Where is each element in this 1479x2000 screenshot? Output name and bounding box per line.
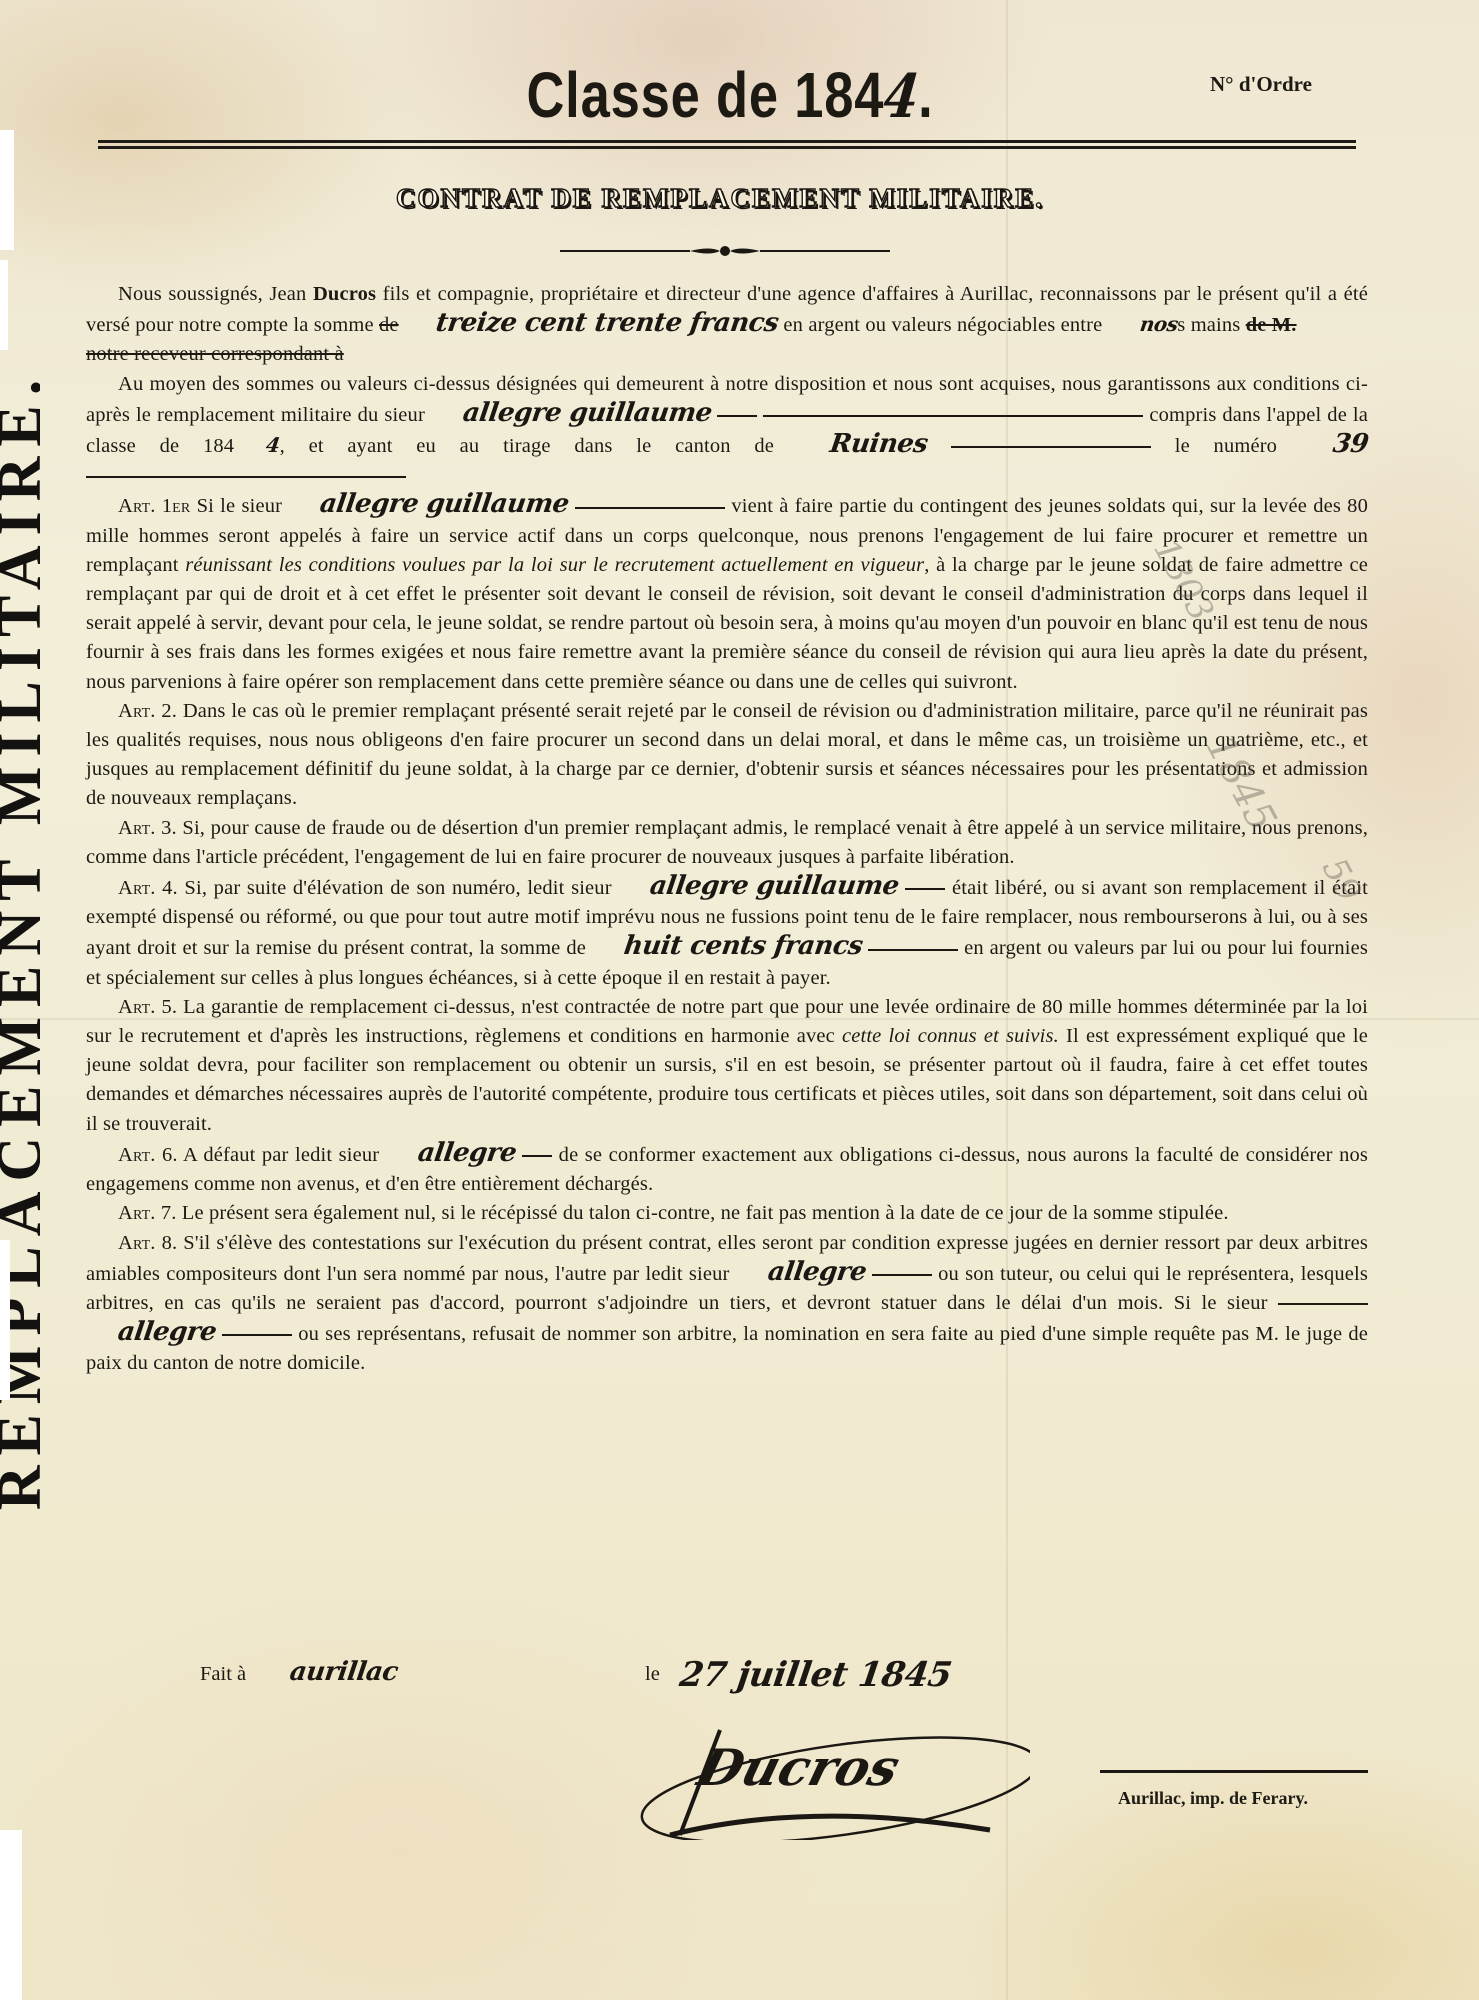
document-subtitle: CONTRAT DE REMPLACEMENT MILITAIRE. [330, 183, 1110, 214]
fill-dash [575, 507, 725, 509]
side-banner-text: REMPLACEMENT MILITAIRE. [0, 115, 40, 1765]
article-label: Art. 6. [118, 1144, 178, 1166]
ornament-divider [560, 244, 890, 258]
article-4: Art. 4. Si, par suite d'élévation de son… [86, 872, 1368, 993]
printer-imprint: Aurillac, imp. de Ferary. [1118, 1788, 1308, 1809]
fait-a-label: Fait à [200, 1663, 246, 1686]
article-3: Art. 3. Si, pour cause de fraude ou de d… [86, 814, 1368, 872]
handwritten-conscript-name: allegre [84, 1318, 218, 1347]
intro-text: Nous soussignés, Jean [118, 283, 313, 305]
handwritten-conscript-name: allegre [384, 1139, 518, 1168]
article-8: Art. 8. S'il s'élève des contestations s… [86, 1229, 1368, 1379]
article-label: Art. 4. [118, 877, 178, 899]
fill-dash [1278, 1303, 1368, 1305]
article-text: A défaut par ledit sieur [178, 1144, 386, 1166]
article-text: Si le sieur [190, 495, 288, 517]
fill-dash [522, 1155, 552, 1157]
guarantee-text: le numéro [1151, 435, 1301, 457]
agent-name: Ducros [313, 283, 376, 305]
article-text: Si, par suite d'élévation de son numéro,… [178, 877, 618, 899]
signing-place-date: Fait à aurillac le 27 juillet 1845 [190, 1655, 1190, 1715]
article-label: Art. 5. [118, 996, 177, 1018]
handwritten-canton: Ruines [796, 430, 930, 459]
article-italic: réunissant les conditions voulues par la… [185, 554, 924, 576]
fill-dash [951, 446, 1151, 448]
handwritten-refund-sum: huit cents francs [590, 932, 864, 961]
handwritten-draw-number: 39 [1299, 430, 1370, 459]
page-title: Classe de 1844. [517, 58, 943, 132]
order-number-label: N° d'Ordre [1210, 72, 1312, 97]
intro-text: s mains [1177, 314, 1245, 336]
handwritten-sum-received: treize cent trente francs [402, 309, 780, 338]
fill-dash [222, 1334, 292, 1336]
handwritten-conscript-name: allegre [734, 1258, 868, 1287]
article-text: Si, pour cause de fraude ou de désertion… [86, 817, 1368, 868]
torn-edge [0, 130, 14, 250]
printer-rule [1100, 1770, 1368, 1773]
handwritten-place: aurillac [288, 1657, 400, 1687]
fill-dash [868, 949, 958, 951]
guarantee-text: , et ayant eu au tirage dans le canton d… [280, 435, 798, 457]
torn-edge [0, 260, 8, 350]
title-printed: Classe de 184 [526, 59, 884, 131]
article-label: Art. 2. [118, 700, 177, 722]
torn-edge [0, 1240, 10, 1400]
contract-body: Nous soussignés, Jean Ducros fils et com… [86, 280, 1368, 1379]
handwritten-date: 27 juillet 1845 [677, 1655, 954, 1695]
article-6: Art. 6. A défaut par ledit sieur allegre… [86, 1139, 1368, 1199]
torn-edge [0, 1830, 22, 2000]
article-label: Art. 1er [118, 495, 190, 517]
fill-dash [717, 415, 757, 417]
article-label: Art. 3. [118, 817, 177, 839]
signature: Ducros [610, 1720, 1030, 1840]
handwritten-conscript-name: allegre guillaume [616, 872, 901, 901]
struck-text: notre receveur correspondant à [86, 343, 344, 365]
article-italic: cette loi connus et suivis. [842, 1025, 1059, 1047]
article-5: Art. 5. La garantie de remplacement ci-d… [86, 993, 1368, 1139]
article-2: Art. 2. Dans le cas où le premier rempla… [86, 697, 1368, 814]
handwritten-nos: nos [1106, 310, 1180, 339]
article-text: ou ses représentans, refusait de nommer … [86, 1323, 1368, 1374]
struck-text: de M. [1246, 314, 1297, 336]
article-label: Art. 8. [118, 1232, 177, 1254]
article-7: Art. 7. Le présent sera également nul, s… [86, 1199, 1368, 1228]
struck-line: notre receveur correspondant à [86, 340, 1368, 369]
article-text: Le présent sera également nul, si le réc… [177, 1202, 1229, 1224]
handwritten-class-year: 4 [232, 431, 282, 460]
fill-dash [905, 888, 945, 890]
handwritten-conscript-name: allegre guillaume [286, 490, 571, 519]
article-text: Dans le cas où le premier remplaçant pré… [86, 700, 1368, 810]
header-double-rule [98, 140, 1356, 150]
intro-paragraph: Nous soussignés, Jean Ducros fils et com… [86, 280, 1368, 340]
guarantee-paragraph: Au moyen des sommes ou valeurs ci-dessus… [86, 370, 1368, 491]
struck-text: de [379, 314, 399, 336]
le-label: le [645, 1663, 660, 1686]
fill-dash [872, 1274, 932, 1276]
handwritten-conscript-name: allegre guillaume [429, 399, 714, 428]
signature-name: Ducros [692, 1738, 906, 1797]
fill-dash [86, 476, 406, 478]
fill-dash [763, 415, 1143, 417]
title-year-handwritten: 4 [880, 62, 922, 132]
article-label: Art. 7. [118, 1202, 177, 1224]
intro-text: en argent ou valeurs négociables entre [783, 314, 1107, 336]
